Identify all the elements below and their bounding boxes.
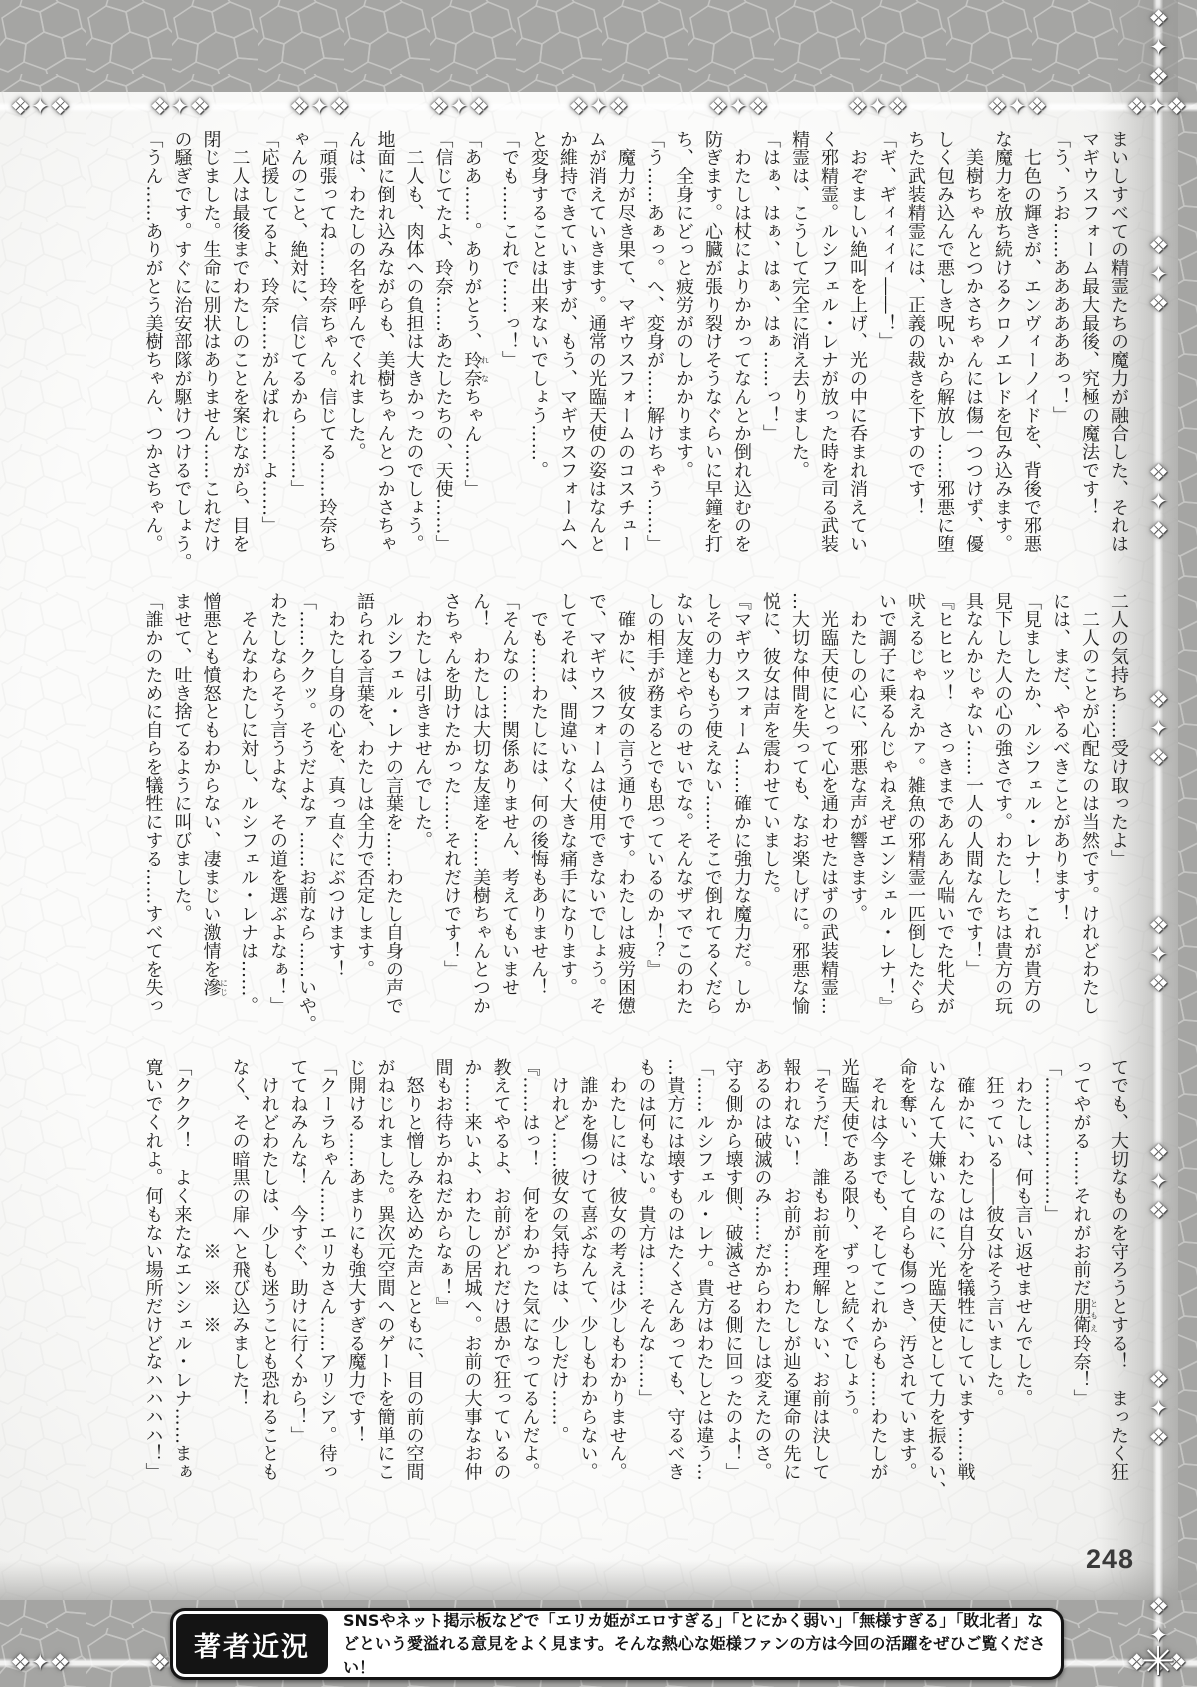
text-column: 語られる言葉を、わたしは全力で否定します。 <box>355 592 373 1054</box>
text-column: まいしすべての精霊たちの魔力が融合した、それは <box>1109 130 1127 588</box>
ornament-motif: ❖✦❖ <box>1147 687 1170 774</box>
text-column: 光臨天使にとって心を通わせたはずの武装精霊… <box>819 592 837 1054</box>
text-column: 二人は最後までわたしのことを案じながら、目を <box>231 130 249 588</box>
text-column: おぞましい絶叫を上げ、光の中に呑まれ消えてい <box>848 130 866 588</box>
text-column: ない友達とやらのせいでな。そんなザマでこのわた <box>674 592 692 1054</box>
corner-rosette-icon: ✳ <box>1134 1638 1182 1686</box>
text-column: には、まだ、やるべきことがあります！ <box>1051 592 1069 1054</box>
text-column: 狂っている――彼女はそう言いました。 <box>985 1058 1003 1590</box>
book-page: ❖✦❖❖✦❖❖✦❖❖✦❖❖✦❖❖✦❖❖✦❖❖✦❖❖✦❖ ❖✦❖❖✦❖❖✦❖❖✦❖… <box>0 0 1197 1687</box>
text-column: 二人も、肉体への負担は大きかったのでしょう。 <box>405 130 423 588</box>
text-column: ものは何もない。貴方は……そんな……」 <box>637 1058 655 1590</box>
text-column: 見下した人の心の強さです。わたしたちは貴方の玩 <box>993 592 1011 1054</box>
text-column: わたしの心に、邪悪な声が響きます。 <box>848 592 866 1054</box>
ornament-motif: ❖✦❖ <box>1126 96 1187 119</box>
text-column: ちた武装精霊には、正義の裁きを下すのです！ <box>906 130 924 588</box>
text-column: な魔力を放ち続けるクロノエレドを包み込みます。 <box>993 130 1011 588</box>
text-column: …貴方には壊すものはたくさんあっても、守るべき <box>666 1058 684 1590</box>
text-column: 美樹ちゃんとつかさちゃんには傷一つつけず、優 <box>964 130 982 588</box>
text-column: 「頑張ってね……玲奈ちゃん。信じてる……玲奈ち <box>318 130 336 588</box>
ornament-motif: ❖✦❖ <box>1147 6 1170 93</box>
ornament-motif: ❖✦❖ <box>1147 1367 1170 1454</box>
text-column: 寛いでくれよ。何もない場所だけどなハハハハ！」 <box>144 1058 162 1590</box>
text-column: と変身することは出来ないでしょう……。 <box>529 130 547 588</box>
text-column: いなんて大嫌いなのに、光臨天使として力を振るい、 <box>927 1058 945 1590</box>
text-column: 命を奪い、そして自らも傷つき、汚されています。 <box>898 1058 916 1590</box>
text-column: わたしには、彼女の考えは少しもわかりません。 <box>608 1058 626 1590</box>
text-column: しの相手が務まるとでも思っているのか！？』 <box>645 592 663 1054</box>
text-column: 「でも……これで……っ！」 <box>500 130 518 588</box>
text-column: ってやがる……それがお前だ朋衛ともえ玲奈！」 <box>1072 1058 1099 1590</box>
text-column: ※ ※ ※ <box>202 1058 220 1590</box>
text-column: 「応援してるよ、玲奈……がんばれ……よ……」 <box>260 130 278 588</box>
text-column: ルシフェル・レナの言葉を……わたし自身の声で <box>384 592 402 1054</box>
ornament-border-top: ❖✦❖❖✦❖❖✦❖❖✦❖❖✦❖❖✦❖❖✦❖❖✦❖❖✦❖ <box>0 86 1197 128</box>
ornament-border-right: ❖✦❖❖✦❖❖✦❖❖✦❖❖✦❖❖✦❖❖✦❖❖✦❖ <box>1136 0 1180 1687</box>
text-column: けれどわたしは、少しも迷うことも恐れることも <box>260 1058 278 1590</box>
text-column: 「ククク！ よく来たなエンシェル・レナ……まぁ <box>173 1058 191 1590</box>
text-column: がねじれました。異次元空間へのゲートを簡単にこ <box>376 1058 394 1590</box>
text-column: 確かに、わたしは自分を犠牲にしています……戦 <box>956 1058 974 1590</box>
text-band-middle: 二人の気持ち……受け取ったよ」 二人のことが心配なのは当然です。けれどわたしには… <box>137 592 1127 1054</box>
text-column: 防ぎます。心臓が張り裂けそうなぐらいに早鐘を打 <box>703 130 721 588</box>
text-column: 悦に、彼女は声を震わせていました。 <box>761 592 779 1054</box>
text-column: わたしならそう言うよな、その道を選ぶよなぁ！」 <box>268 592 286 1054</box>
ornament-motif: ❖✦❖ <box>289 96 350 119</box>
text-column: 誰かを傷つけて喜ぶなんて、少しもわからない。 <box>579 1058 597 1590</box>
text-column: 「う……あぁっ。へ、変身が……解けちゃう……」 <box>645 130 663 588</box>
text-column: してそれは、間違いなく大きな痛手になります。 <box>558 592 576 1054</box>
text-column: 「……ククッ。そうだよなァ……お前なら……いや。 <box>297 592 315 1054</box>
author-note-text: SNSやネット掲示板などで「エリカ姫がエロすぎる」「とにかく弱い」「無様すぎる」… <box>331 1611 1061 1677</box>
text-column: わたしは引きませんでした。 <box>413 592 431 1054</box>
text-column: 「見ましたか、ルシフェル・レナ！ これが貴方の <box>1022 592 1040 1054</box>
ornament-motif: ❖✦❖ <box>568 96 629 119</box>
text-column: それは今までも、そしてこれからも……わたしが <box>869 1058 887 1590</box>
text-column: 「クーラちゃん……エリカさん……アリシア。待っ <box>318 1058 336 1590</box>
text-column: か維持できていますが、もう、マギウスフォームへ <box>558 130 576 588</box>
ornament-motif: ❖✦❖ <box>847 96 908 119</box>
text-column: なく、その暗黒の扉へと飛び込みました！ <box>231 1058 249 1590</box>
text-column: 「はぁ、はぁ、はぁ、はぁ……っ！」 <box>761 130 779 588</box>
text-column: 教えてやるよ、お前がどれだけ愚かで狂っているの <box>492 1058 510 1590</box>
text-column: わたしは杖によりかかってなんとか倒れ込むのを <box>732 130 750 588</box>
text-column: ち、全身にどっと疲労がのしかかります。 <box>674 130 692 588</box>
text-column: 守る側から壊す側、破滅させる側に回ったのよ！」 <box>724 1058 742 1590</box>
text-column: 憎悪とも憤怒ともわからない、凄まじい激情を滲にじ <box>202 592 229 1054</box>
text-column: 閉じました。生命に別状はありません……これだけ <box>202 130 220 588</box>
text-column: 「うん……ありがとう美樹ちゃん、つかさちゃん。 <box>144 130 162 588</box>
text-column: 二人のことが心配なのは当然です。けれどわたし <box>1080 592 1098 1054</box>
text-band-top: まいしすべての精霊たちの魔力が融合した、それはマギウスフォーム最大最後、究極の魔… <box>137 130 1127 588</box>
text-column: じ開ける……あまりにも強大すぎる魔力です！ <box>347 1058 365 1590</box>
text-column: く邪精霊。ルシフェル・レナが放った時を司る武装 <box>819 130 837 588</box>
text-column: わたし自身の心を、真っ直ぐにぶつけます！ <box>326 592 344 1054</box>
text-column: 怒りと憎しみを込めた声とともに、目の前の空間 <box>405 1058 423 1590</box>
text-column: 報われない！ お前が……わたしが辿る運命の先に <box>782 1058 800 1590</box>
text-column: わたしは、何も言い返せませんでした。 <box>1014 1058 1032 1590</box>
text-column: しく包み込んで悪しき呪いから解放し……邪悪に堕 <box>935 130 953 588</box>
author-note-label: 著者近況 <box>176 1614 328 1674</box>
text-column: 地面に倒れ込みながらも、美樹ちゃんとつかさちゃ <box>376 130 394 588</box>
text-column: 「信じてたよ、玲奈……あたしたちの、天使……」 <box>434 130 452 588</box>
text-column: …大切な仲間を失っても、なお楽しげに。邪悪な愉 <box>790 592 808 1054</box>
page-number: 248 <box>1086 1544 1134 1575</box>
text-column: 魔力が尽き果て、マギウスフォームのコスチュー <box>616 130 634 588</box>
text-column: そんなわたしに対し、ルシフェル・レナは……。 <box>239 592 257 1054</box>
text-column: 光臨天使である限り、ずっと続くでしょう。 <box>840 1058 858 1590</box>
ornament-motif: ❖✦❖ <box>10 96 71 119</box>
text-column: か……来いよ、わたしの居城へ。お前の大事なお仲 <box>463 1058 481 1590</box>
text-column: 「ギ、ギィィィィ――！」 <box>877 130 895 588</box>
text-column: の騒ぎです。すぐに治安部隊が駆けつけるでしょう。 <box>173 130 191 588</box>
text-column: 吠えるじゃねえかァ。雑魚の邪精霊一匹倒したぐら <box>906 592 924 1054</box>
text-column: しその力ももう使えない……そこで倒れてるくだら <box>703 592 721 1054</box>
text-column: ん！ わたしは大切な友達を……美樹ちゃんとつか <box>471 592 489 1054</box>
text-column: てでも、大切なものを守ろうとする！ まったく狂 <box>1109 1058 1127 1590</box>
text-column: 「誰かのために自らを犠牲にする……すべてを失っ <box>144 592 162 1054</box>
text-column: 「……ルシフェル・レナ。貴方はわたしとは違う… <box>695 1058 713 1590</box>
text-column: 精霊は、こうして完全に消え去りました。 <box>790 130 808 588</box>
text-column: でも……わたしには、何の後悔もありません！ <box>529 592 547 1054</box>
ornament-motif: ❖✦❖ <box>150 96 211 119</box>
ornament-motif: ❖✦❖ <box>987 96 1048 119</box>
text-column: で、マギウスフォームは使用できないでしょう。そ <box>587 592 605 1054</box>
ornament-motif: ❖✦❖ <box>1147 913 1170 1000</box>
text-column: 具なんかじゃない……一人の人間なんです！」 <box>964 592 982 1054</box>
text-column: んは、わたしの名を呼んでくれました。 <box>347 130 365 588</box>
text-column: 二人の気持ち……受け取ったよ」 <box>1109 592 1127 1054</box>
text-column: 『ヒヒヒッ！ さっきまであんあん喘いでた牝犬が <box>935 592 953 1054</box>
text-column: いで調子に乗るんじゃねえぜエンシェル・レナ！』 <box>877 592 895 1054</box>
text-column: 七色の輝きが、エンヴィーノイドを、背後で邪悪 <box>1022 130 1040 588</box>
text-column: 『マギウスフォーム……確かに強力な魔力だ。しか <box>732 592 750 1054</box>
ornament-motif: ❖✦❖ <box>1147 1140 1170 1227</box>
text-column: ててねみんな！ 今すぐ、助けに行くから！」 <box>289 1058 307 1590</box>
text-column: あるのは破滅のみ……だからわたしは変えたのさ。 <box>753 1058 771 1590</box>
ornament-motif: ❖✦❖ <box>1147 233 1170 320</box>
text-column: 『……はっ！ 何をわかった気になってるんだよ。 <box>521 1058 539 1590</box>
text-column: 「…………………」 <box>1043 1058 1061 1590</box>
ornament-motif: ❖✦❖ <box>1147 460 1170 547</box>
ornament-motif: ❖✦❖ <box>708 96 769 119</box>
text-column: 「ああ……。ありがとう、玲奈れなちゃん……」 <box>463 130 490 588</box>
text-column: ムが消えていきます。通常の光臨天使の姿はなんと <box>587 130 605 588</box>
text-column: ゃんのこと、絶対に、信じてるから………」 <box>289 130 307 588</box>
ornament-motif: ❖✦❖ <box>429 96 490 119</box>
text-column: 確かに、彼女の言う通りです。わたしは疲労困憊 <box>616 592 634 1054</box>
text-column: さちゃんを助けたかった……それだけです！」 <box>442 592 460 1054</box>
text-band-bottom: てでも、大切なものを守ろうとする！ まったく狂ってやがる……それがお前だ朋衛とも… <box>137 1058 1127 1590</box>
author-note-bar: 著者近況 SNSやネット掲示板などで「エリカ姫がエロすぎる」「とにかく弱い」「無… <box>170 1608 1064 1680</box>
text-column: マギウスフォーム最大最後、究極の魔法です！ <box>1080 130 1098 588</box>
text-column: 「そんなの……関係ありません、考えてもいませ <box>500 592 518 1054</box>
text-column: けれど……彼女の気持ちは、少しだけ……。 <box>550 1058 568 1590</box>
text-column: 間もお待ちかねだからなぁ！』 <box>434 1058 452 1590</box>
ornament-motif: ❖✦❖ <box>10 1652 71 1675</box>
text-column: 「う、うお……ああああああっ！」 <box>1051 130 1069 588</box>
text-column: ませて、吐き捨てるように叫びました。 <box>173 592 191 1054</box>
text-column: 「そうだ！ 誰もお前を理解しない、お前は決して <box>811 1058 829 1590</box>
